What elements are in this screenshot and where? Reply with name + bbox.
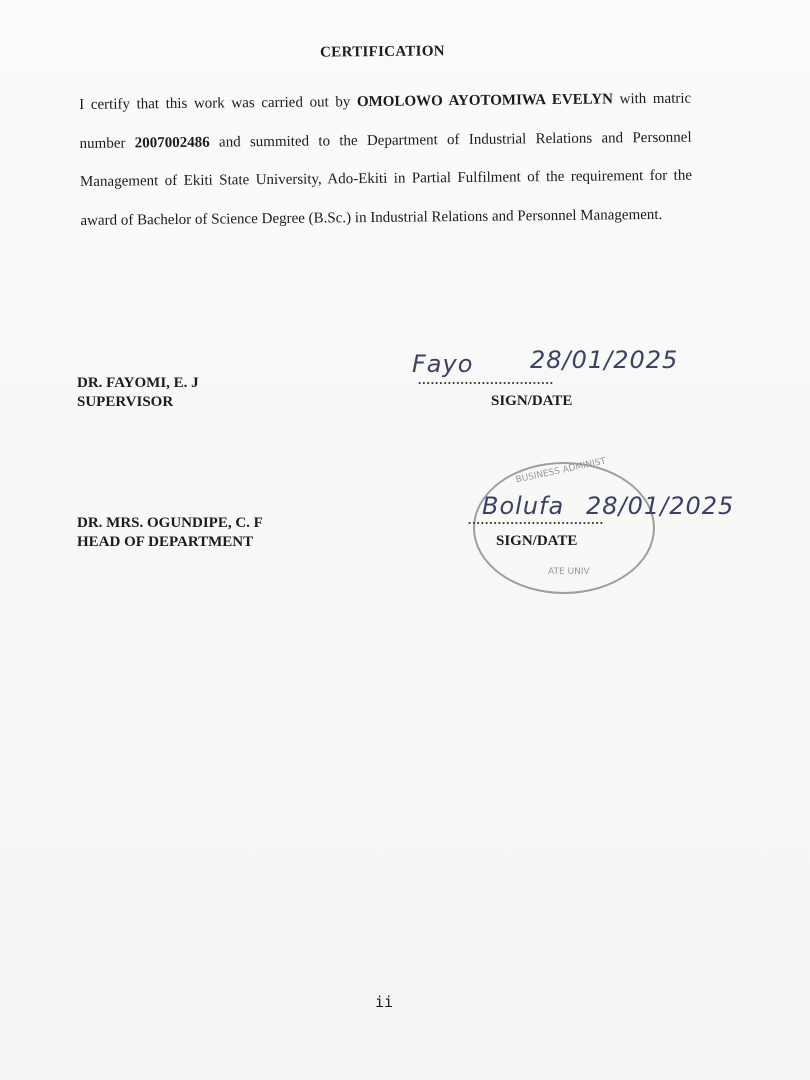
- supervisor-sign-line: ................................: [418, 372, 554, 388]
- supervisor-name: DR. FAYOMI, E. J: [77, 374, 199, 393]
- student-name: OMOLOWO AYOTOMIWA EVELYN: [357, 91, 613, 110]
- hod-role: HEAD OF DEPARTMENT: [77, 533, 263, 552]
- para-intro: I certify that this work was carried out…: [79, 94, 357, 113]
- certification-paragraph: I certify that this work was carried out…: [79, 80, 693, 240]
- matric-number: 2007002486: [135, 134, 210, 151]
- stamp-bottom-text: ATE UNIV: [548, 567, 590, 577]
- supervisor-handwritten-date: 28/01/2025: [530, 346, 678, 374]
- hod-sign-line: ................................: [468, 512, 604, 528]
- page-number: ii: [375, 993, 393, 1011]
- supervisor-role: SUPERVISOR: [77, 393, 199, 412]
- document-page: CERTIFICATION I certify that this work w…: [0, 0, 810, 1080]
- hod-sign-label: SIGN/DATE: [496, 533, 577, 550]
- hod-name: DR. MRS. OGUNDIPE, C. F: [77, 514, 263, 533]
- supervisor-sign-label: SIGN/DATE: [491, 393, 572, 410]
- supervisor-block: DR. FAYOMI, E. J SUPERVISOR: [77, 374, 199, 412]
- hod-block: DR. MRS. OGUNDIPE, C. F HEAD OF DEPARTME…: [77, 514, 263, 552]
- page-title: CERTIFICATION: [0, 40, 765, 65]
- hod-handwritten-date: 28/01/2025: [586, 492, 734, 520]
